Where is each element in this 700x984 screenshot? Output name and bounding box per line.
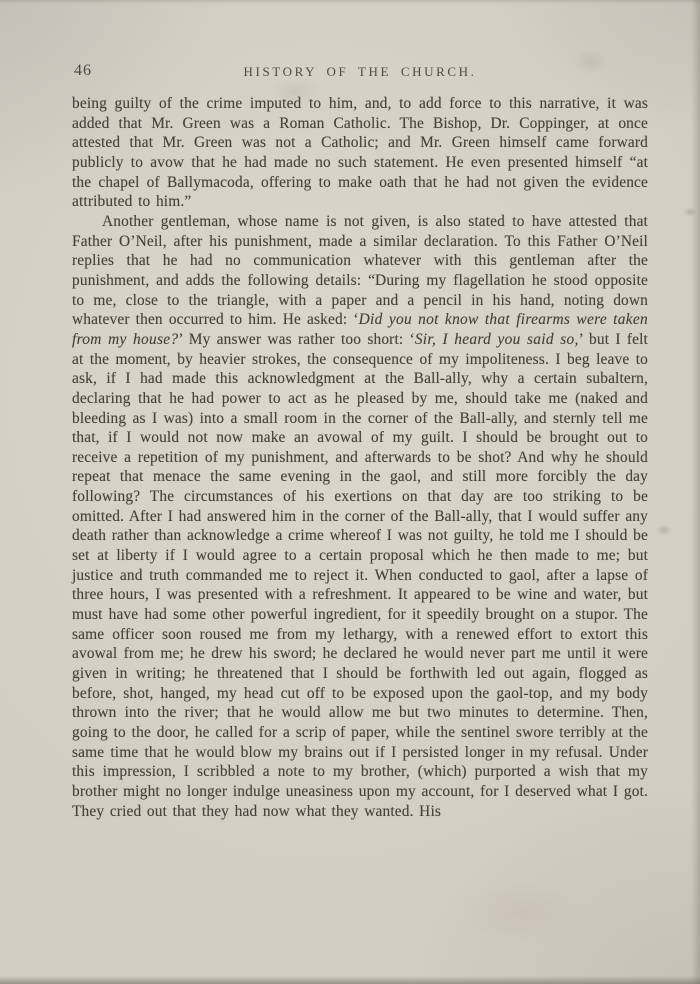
paragraph: being guilty of the crime imputed to him… [72,94,648,212]
page-edge-shadow-bottom [0,976,700,984]
page-text-block: being guilty of the crime imputed to him… [72,94,648,821]
text-segment: ’ but I felt at the moment, by heavier s… [72,331,648,820]
italic-text-segment: Sir, I heard you said so, [415,331,579,348]
page-edge-shadow-right [691,0,700,984]
page-header: 46 HISTORY OF THE CHURCH. [72,62,648,84]
running-header: HISTORY OF THE CHURCH. [72,64,648,80]
text-segment: ’ My answer was rather too short: ‘ [178,331,414,348]
text-segment: being guilty of the crime imputed to him… [72,95,648,210]
paragraph: Another gentleman, whose name is not giv… [72,212,648,821]
scanned-book-page: 46 HISTORY OF THE CHURCH. being guilty o… [0,0,700,984]
page-edge-shadow-top [0,0,700,4]
